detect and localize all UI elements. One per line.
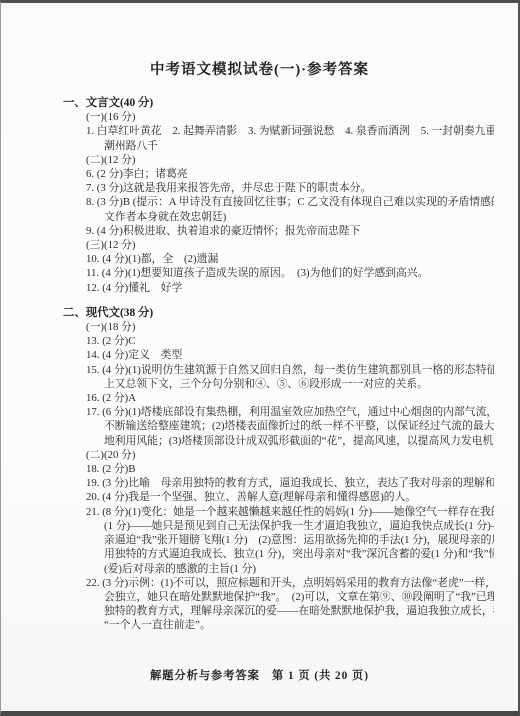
- answer-line-continuation: 会独立，她只在暗处默默地保护“我”。 (2)可以，文章在第⑨、⑩段阐明了“我”已…: [104, 590, 494, 604]
- scanned-answer-page: 中考语文模拟试卷(一)·参考答案 一、文言文(40 分)(一)(16 分)1. …: [0, 0, 520, 716]
- answer-line: 16. (2 分)A: [86, 391, 494, 405]
- answer-line-continuation: 用独特的方式逼迫我成长、独立(1 分)，突出母亲对“我”深沉含蓄的爱(1 分)和…: [104, 547, 494, 561]
- subsection-heading: (三)(12 分): [86, 238, 494, 252]
- answer-line: 7. (3 分)这就是我用来报答先帝，并尽忠于陛下的职责本分。: [86, 181, 494, 195]
- subsection-heading: (一)(18 分): [86, 320, 494, 334]
- answer-line: 8. (3 分)B (提示：A 甲诗没有直接回忆往事；C 乙文没有体现自己难以实…: [86, 195, 494, 209]
- answer-line-continuation: 地利用风能；(3)塔楼顶部设计成双弧形截面的“花”，提高风速，以提高风力发电机组…: [104, 434, 494, 448]
- section-heading: 二、现代文(38 分): [63, 306, 494, 320]
- subsection-heading: (一)(16 分): [86, 110, 494, 124]
- answer-line: 14. (4 分)定义 类型: [86, 348, 494, 362]
- answer-line-continuation: 亲逼迫“我”张开翅膀飞翔(1 分) (2)意图：运用欲扬先抑的手法(1 分)，展…: [104, 533, 494, 547]
- answer-line-continuation: 上又总领下文，三个分句分别和④、⑤、⑥段形成一一对应的关系。: [104, 377, 494, 391]
- answer-line-continuation: 潮州路八千: [104, 139, 494, 153]
- answer-line: 20. (4 分)我是一个坚强、独立、善解人意(理解母亲和懂得感恩)的人。: [86, 490, 494, 504]
- answer-line-continuation: 独特的教育方式，理解母亲深沉的爱——在暗处默默地保护我，逼迫我独立成长，我也正是…: [104, 604, 494, 618]
- answer-line-continuation: (1 分)——她只是预见到自己无法保护我一生才逼迫我独立，逼迫我快点成长(1 分…: [104, 519, 494, 533]
- answer-line-continuation: 不断输送给整座建筑；(2)塔楼表面像折过的纸一样不平整，以保证经过气流的最大化，…: [104, 419, 494, 433]
- answer-line: 6. (2 分)李白；诸葛亮: [86, 167, 494, 181]
- answer-line: 21. (8 分)(1)变化：她是一个越来越懒越来越任性的妈妈(1 分)——她像…: [86, 505, 494, 519]
- subsection-heading: (二)(12 分): [86, 153, 494, 167]
- answer-line-continuation: 文作者本身就在效忠朝廷): [104, 210, 494, 224]
- answer-line: 12. (4 分)懂礼 好学: [86, 281, 494, 295]
- answers-list: 一、文言文(40 分)(一)(16 分)1. 白草红叶黄花 2. 起舞弄清影 3…: [63, 96, 494, 633]
- answer-line-continuation: (爱)后对母亲的感激的主旨(1 分): [104, 562, 494, 576]
- answer-line: 18. (2 分)B: [86, 462, 494, 476]
- answer-line: 9. (4 分)积极进取、执着追求的豪迈情怀；报先帝而忠陛下: [86, 224, 494, 238]
- subsection-heading: (二)(20 分): [86, 448, 494, 462]
- answer-line: 17. (6 分)(1)塔楼底部设有集热棚，利用温室效应加热空气，通过中心烟囱的…: [86, 405, 494, 419]
- answer-line: 11. (4 分)(1)想要知道孩子造成失误的原因。 (3)为他们的好学感到高兴…: [86, 266, 494, 280]
- answer-line: 19. (3 分)比喻 母亲用独特的教育方式，逼迫我成长、独立，表达了我对母亲的…: [86, 476, 494, 490]
- answer-line: 15. (4 分)(1)说明仿生建筑源于自然又回归自然，每一类仿生建筑都别具一格…: [86, 363, 494, 377]
- answer-line: 1. 白草红叶黄花 2. 起舞弄清影 3. 为赋新词强说愁 4. 泉香而酒洌 5…: [86, 124, 494, 138]
- page-title: 中考语文模拟试卷(一)·参考答案: [1, 58, 518, 79]
- section-heading: 一、文言文(40 分): [63, 96, 494, 110]
- answer-line: 22. (3 分)示例：(1)不可以，照应标题和开头，点明妈妈采用的教育方法像“…: [86, 576, 494, 590]
- answer-line-continuation: “一个人一直往前走”。: [104, 618, 494, 632]
- answer-line: 13. (2 分)C: [86, 334, 494, 348]
- answer-line: 10. (4 分)(1)都，全 (2)遗漏: [86, 252, 494, 266]
- page-footer: 解题分析与参考答案 第 1 页 (共 20 页): [1, 667, 518, 683]
